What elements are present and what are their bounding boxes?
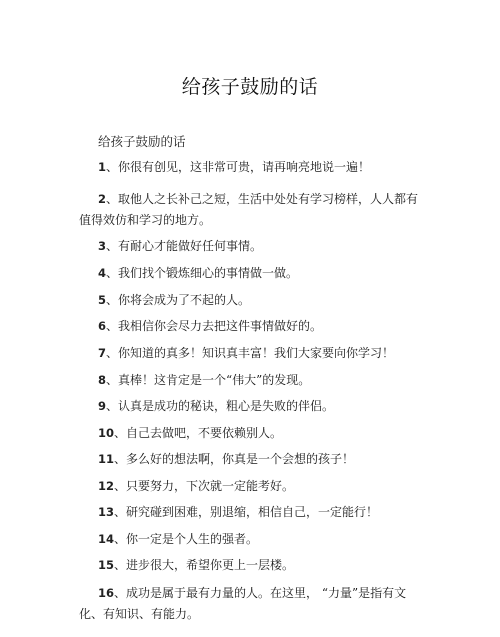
list-item-1: 1、你很有创见，这非常可贵，请再响亮地说一遍！ (98, 157, 418, 178)
list-item-10: 10、自己去做吧，不要依赖别人。 (98, 423, 418, 444)
list-item-14: 14、你一定是个人生的强者。 (98, 529, 418, 550)
section-heading: 给孩子鼓励的话 (98, 132, 186, 150)
list-item-8: 8、真棒！这肯定是一个“伟大”的发现。 (98, 370, 418, 391)
list-item-6: 6、我相信你会尽力去把这件事情做好的。 (98, 316, 418, 337)
list-item-2: 2、取他人之长补己之短，生活中处处有学习榜样，人人都有值得效仿和学习的地方。 (79, 189, 424, 231)
list-item-11: 11、多么好的想法啊，你真是一个会想的孩子！ (98, 449, 418, 470)
list-item-9: 9、认真是成功的秘诀，粗心是失败的伴侣。 (98, 396, 418, 417)
list-item-16: 16、成功是属于最有力量的人。在这里， “力量”是指有文化、有知识、有能力。 (79, 583, 424, 625)
list-item-3: 3、有耐心才能做好任何事情。 (98, 236, 418, 257)
list-item-5: 5、你将会成为了不起的人。 (98, 290, 418, 311)
document-page: 给孩子鼓励的话 给孩子鼓励的话 1、你很有创见，这非常可贵，请再响亮地说一遍！ … (0, 0, 500, 637)
list-item-15: 15、进步很大，希望你更上一层楼。 (98, 555, 418, 576)
list-item-13: 13、研究碰到困难，别退缩，相信自己，一定能行！ (98, 502, 418, 523)
list-item-7: 7、你知道的真多！知识真丰富！我们大家要向你学习！ (98, 343, 418, 364)
document-title: 给孩子鼓励的话 (0, 72, 500, 99)
list-item-12: 12、只要努力，下次就一定能考好。 (98, 476, 418, 497)
list-item-4: 4、我们找个锻炼细心的事情做一做。 (98, 263, 418, 284)
